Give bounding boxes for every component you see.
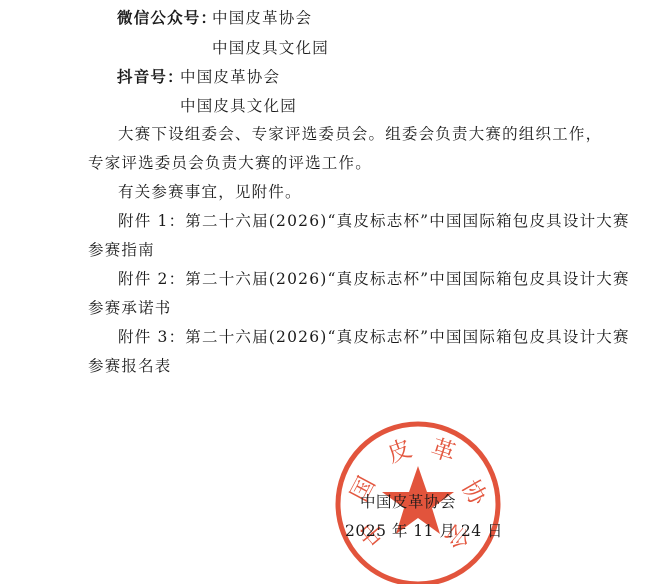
douyin-label: 抖音号：: [117, 67, 184, 87]
attachment-2-line-1: 附件 2：第二十六届(2026)“真皮标志杯”中国国际箱包皮具设计大赛: [118, 269, 630, 289]
signature-date: 2025 年 11 月 24 日: [345, 521, 503, 541]
attachment-3-prefix: 附件 3：: [118, 328, 185, 346]
attachment-1-line-2: 参赛指南: [88, 240, 155, 260]
wechat-account-2: 中国皮具文化园: [212, 38, 329, 58]
paragraph-2: 有关参赛事宜，见附件。: [118, 182, 302, 202]
attachment-2-prefix: 附件 2：: [118, 270, 185, 288]
svg-text:皮: 皮: [383, 434, 415, 469]
attachment-1-prefix: 附件 1：: [118, 212, 185, 230]
douyin-account-2: 中国皮具文化园: [180, 96, 297, 116]
wechat-label: 微信公众号：: [117, 8, 217, 28]
attachment-3-line-1: 附件 3：第二十六届(2026)“真皮标志杯”中国国际箱包皮具设计大赛: [118, 327, 630, 347]
attachment-3-line-2: 参赛报名表: [88, 356, 172, 376]
svg-text:协: 协: [456, 475, 493, 511]
svg-text:革: 革: [428, 433, 459, 467]
paragraph-1-line-1: 大赛下设组委会、专家评选委员会。组委会负责大赛的组织工作，: [118, 124, 602, 144]
douyin-account-1: 中国皮革协会: [180, 67, 280, 87]
attachment-1-line-1: 附件 1：第二十六届(2026)“真皮标志杯”中国国际箱包皮具设计大赛: [118, 211, 630, 231]
attachment-2-title: 第二十六届(2026)“真皮标志杯”中国国际箱包皮具设计大赛: [185, 270, 629, 288]
attachment-3-title: 第二十六届(2026)“真皮标志杯”中国国际箱包皮具设计大赛: [185, 328, 629, 346]
attachment-2-line-2: 参赛承诺书: [88, 298, 172, 318]
signature-organization: 中国皮革协会: [360, 492, 456, 512]
paragraph-1-line-2: 专家评选委员会负责大赛的评选工作。: [88, 153, 372, 173]
attachment-1-title: 第二十六届(2026)“真皮标志杯”中国国际箱包皮具设计大赛: [185, 212, 629, 230]
wechat-account-1: 中国皮革协会: [212, 8, 312, 28]
